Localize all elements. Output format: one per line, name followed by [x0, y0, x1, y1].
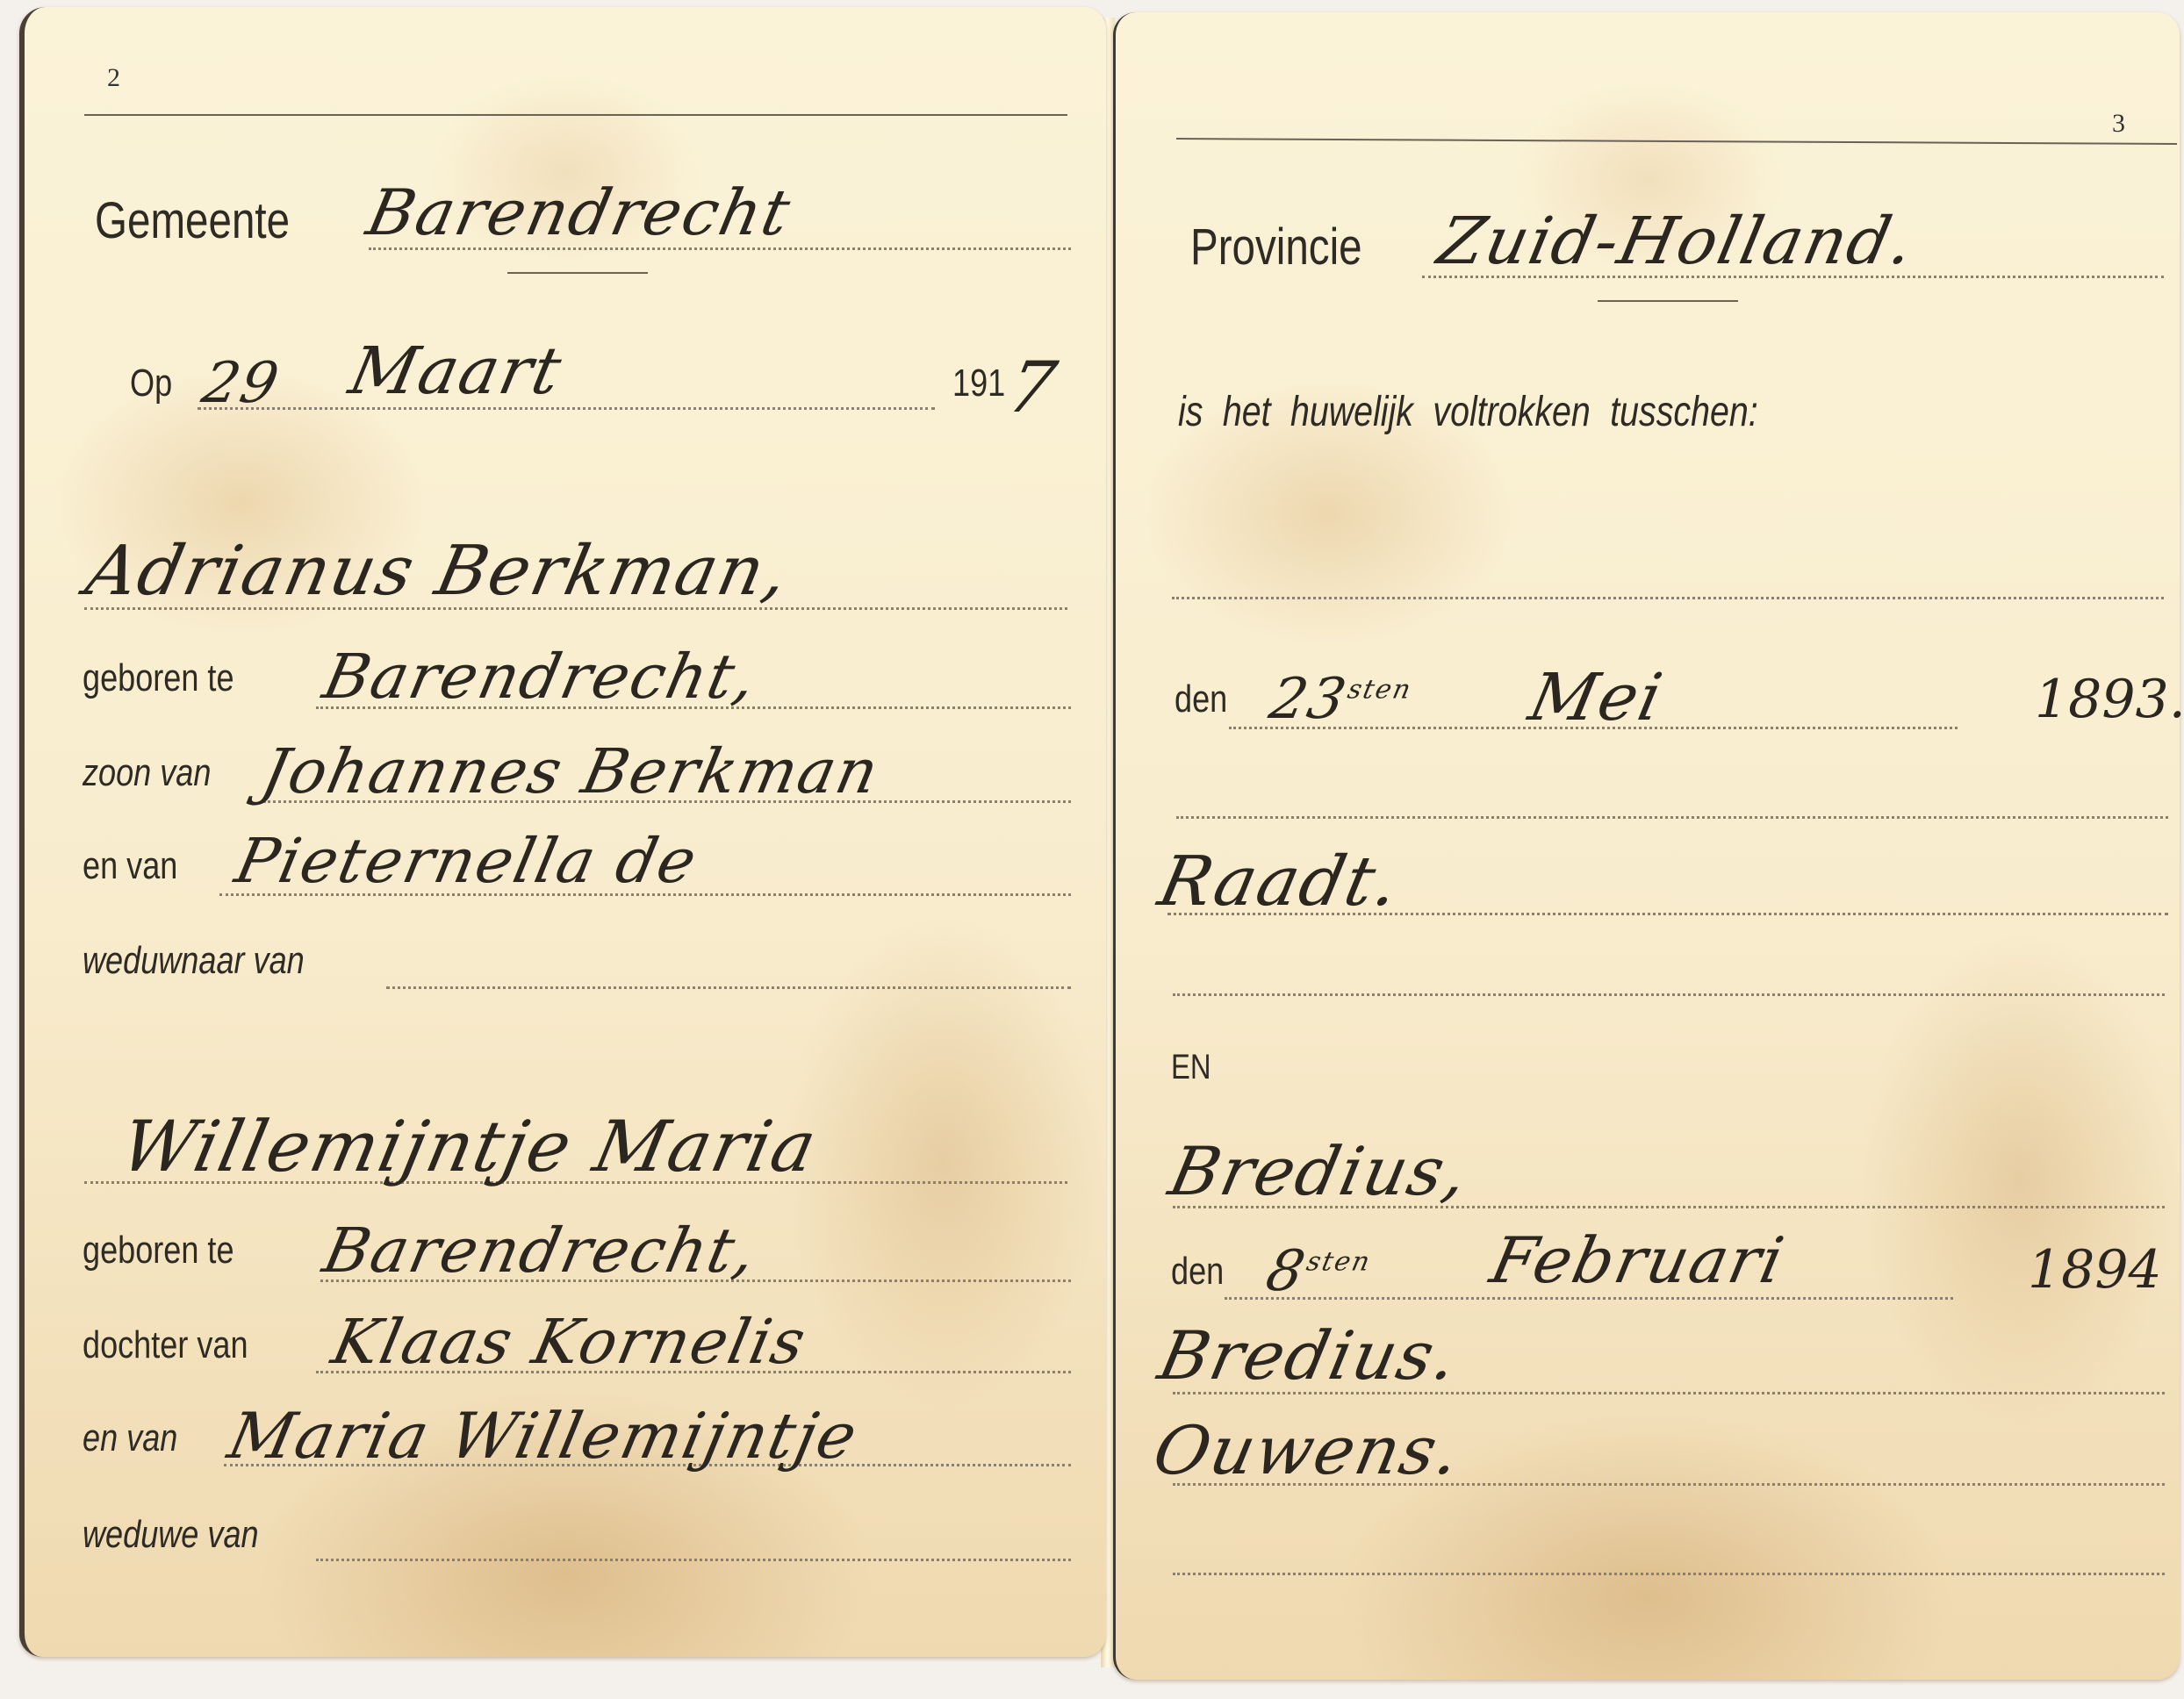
right-blank-line-4 — [1173, 1573, 2165, 1575]
right-blank-line-1 — [1172, 597, 2164, 599]
groom-born-label: geboren te — [83, 656, 234, 700]
groom-birth-month: Mei — [1523, 660, 1670, 735]
groom-birth-day-num: 23 — [1264, 667, 1353, 732]
bride-born-label: geboren te — [83, 1229, 234, 1272]
groom-birth-den-label: den — [1175, 677, 1227, 721]
bride-surname: Bredius, — [1163, 1132, 1476, 1210]
page-number-left: 2 — [107, 63, 120, 93]
bride-born-place: Barendrecht, — [317, 1215, 764, 1287]
marriage-day: 29 — [197, 351, 285, 416]
right-blank-line-3 — [1173, 993, 2165, 996]
widow-line — [316, 1559, 1071, 1561]
bride-birth-month: Februari — [1484, 1223, 1792, 1297]
groom-birth-day: 23sten — [1264, 667, 1417, 732]
bride-birth-day: 8sten — [1261, 1239, 1376, 1304]
groom-born-place: Barendrecht, — [317, 641, 764, 713]
bride-father-surname: Bredius. — [1153, 1316, 1466, 1394]
widow-label: weduwe van — [83, 1513, 259, 1557]
groom-and-of-label: en van — [83, 844, 177, 888]
bride-birth-year: 1894 — [2028, 1239, 2162, 1301]
gemeente-divider — [507, 272, 648, 274]
groom-father: Johannes Berkman — [255, 735, 886, 807]
bride-mother: Maria Willemijntje — [222, 1399, 865, 1473]
bride-birth-den-label: den — [1171, 1250, 1224, 1294]
groom-birth-year: 1893. — [2035, 669, 2184, 730]
year-printed: 191 — [952, 362, 1005, 405]
bride-father: Klaas Kornelis — [326, 1306, 813, 1378]
son-of-label: zoon van — [83, 751, 211, 795]
marriage-text: is het huwelijk voltrokken tusschen: — [1178, 388, 1758, 436]
bride-mother-surname: Ouwens. — [1147, 1411, 1469, 1489]
op-label: Op — [130, 362, 172, 405]
marriage-month: Maart — [343, 333, 569, 409]
groom-mother: Pieternella de — [229, 825, 704, 897]
groom-birth-suffix: sten — [1345, 675, 1415, 706]
provincie-divider — [1598, 300, 1738, 302]
widower-line — [386, 986, 1071, 989]
bride-birth-suffix: sten — [1304, 1247, 1374, 1278]
page-number-right: 3 — [2112, 109, 2125, 139]
header-rule-left — [84, 114, 1067, 116]
right-blank-line-2 — [1176, 816, 2168, 819]
bride-name: Willemijntje Maria — [114, 1106, 824, 1187]
groom-name: Adrianus Berkman, — [79, 532, 796, 611]
provincie-value: Zuid-Holland. — [1432, 204, 1922, 279]
date-line — [198, 407, 935, 410]
provincie-label: Provincie — [1190, 218, 1362, 276]
bride-and-of-label: en van — [83, 1416, 177, 1460]
and-label: EN — [1171, 1048, 1211, 1087]
daughter-of-label: dochter van — [83, 1323, 248, 1367]
widower-label: weduwnaar van — [83, 939, 305, 983]
gemeente-label: Gemeente — [95, 191, 290, 250]
gemeente-value: Barendrecht — [361, 176, 798, 249]
groom-mother-surname: Raadt. — [1152, 842, 1407, 921]
